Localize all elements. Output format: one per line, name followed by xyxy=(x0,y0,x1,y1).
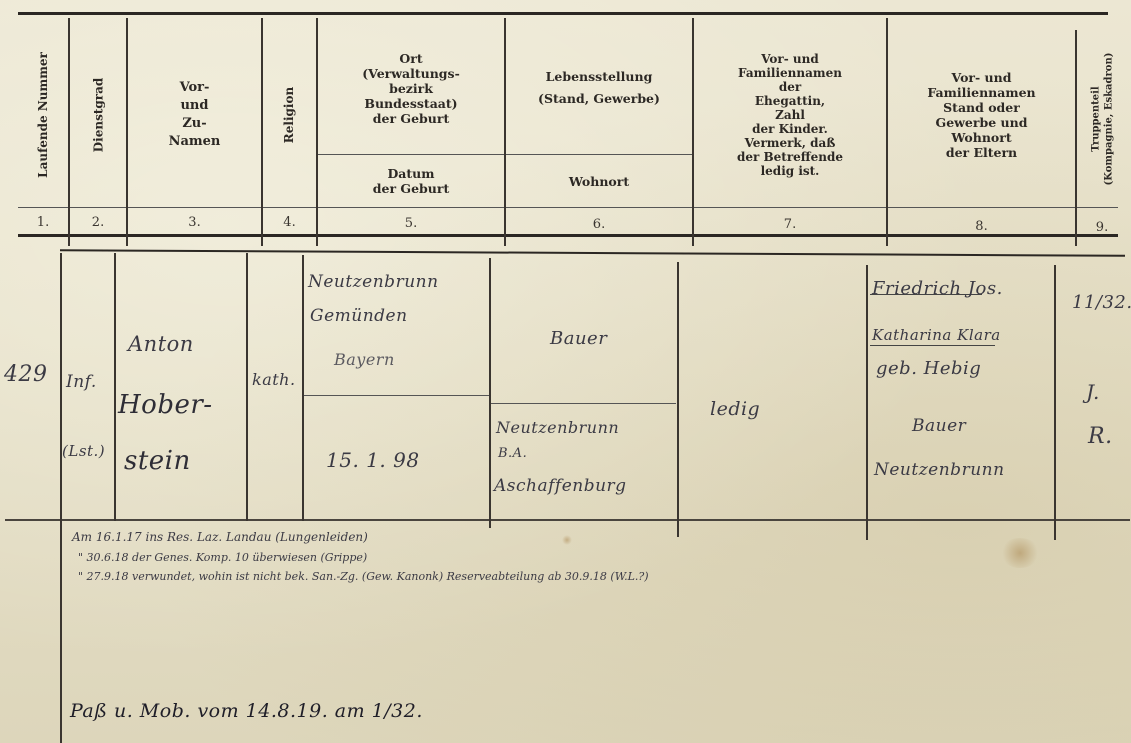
final-remark: Paß u. Mob. vom 14.8.19. am 1/32. xyxy=(70,700,423,722)
header-eltern: Vor- und Familiennamen Stand oder Gewerb… xyxy=(888,22,1075,207)
header-label: Religion xyxy=(283,86,297,142)
row-col-divider xyxy=(114,253,116,521)
col-num-1: 1. xyxy=(18,215,68,230)
header-top-rule xyxy=(18,12,1108,15)
register-page: Laufende Nummer Dienstgrad Vor- und Zu- … xyxy=(0,0,1131,743)
row-bottom-rule xyxy=(5,519,1130,521)
entry-first-name: Anton xyxy=(128,332,194,356)
header-label: Dienstgrad xyxy=(91,77,105,152)
entry-religion: kath. xyxy=(252,370,296,389)
entry-surname-line-1: Hober- xyxy=(118,390,213,420)
row-col-divider xyxy=(60,253,62,743)
col-num-9: 9. xyxy=(1077,220,1127,235)
entry-surname-line-2: stein xyxy=(124,446,191,476)
entry-rank: Inf. xyxy=(66,372,97,392)
entry-residence-town: Neutzenbrunn xyxy=(496,418,619,437)
entry-residence-district: B.A. xyxy=(498,446,527,461)
entry-birth-place-state: Bayern xyxy=(334,350,395,369)
paper-stain xyxy=(562,535,572,545)
row-col-divider xyxy=(1054,265,1056,540)
numbers-top-rule xyxy=(18,207,1118,208)
entry-father-name: Friedrich Jos. xyxy=(872,278,1003,299)
row-col6-subdivider xyxy=(490,403,676,404)
header-bottom-rule xyxy=(18,234,1118,237)
entry-birth-date: 15. 1. 98 xyxy=(326,448,420,472)
entry-birth-place-district: Gemünden xyxy=(310,306,408,326)
header-ehegattin: Vor- und Familiennamen der Ehegattin, Za… xyxy=(694,22,886,207)
col-num-6: 6. xyxy=(506,217,692,232)
row-top-rule xyxy=(60,249,1125,257)
table-header: Laufende Nummer Dienstgrad Vor- und Zu- … xyxy=(18,12,1128,244)
remark-line-1: Am 16.1.17 ins Res. Laz. Landau (Lungenl… xyxy=(72,530,368,544)
header-geburtsdatum: Datum der Geburt xyxy=(318,155,504,207)
row-col5-subdivider xyxy=(302,395,490,396)
remark-line-2: " 30.6.18 der Genes. Komp. 10 überwiesen… xyxy=(78,551,367,564)
entry-mother-name: Katharina Klara xyxy=(872,326,1001,344)
entry-residence-city: Aschaffenburg xyxy=(494,476,627,496)
entry-number: 429 xyxy=(4,362,48,387)
row-col-divider xyxy=(866,265,868,540)
header-dienstgrad: Dienstgrad xyxy=(70,22,126,207)
col-num-5: 5. xyxy=(318,216,504,231)
entry-parents-occupation: Bauer xyxy=(912,416,966,436)
entry-rank-landsturm: (Lst.) xyxy=(62,442,105,460)
header-religion: Religion xyxy=(263,22,316,207)
header-label: Truppenteil (Kompagnie, Eskadron) xyxy=(1089,52,1115,185)
col8-underline xyxy=(870,345,995,346)
col-num-4: 4. xyxy=(263,215,316,230)
row-col-divider xyxy=(302,255,304,521)
header-lebensstellung: Lebensstellung (Stand, Gewerbe) xyxy=(506,22,692,154)
entry-unit-branch: J. xyxy=(1086,380,1100,404)
header-truppenteil: Truppenteil (Kompagnie, Eskadron) xyxy=(1077,30,1127,207)
col-num-8: 8. xyxy=(888,219,1075,234)
row-col-divider xyxy=(246,253,248,521)
entry-parents-residence: Neutzenbrunn xyxy=(874,460,1005,480)
entry-marital-status: ledig xyxy=(710,398,760,420)
col-num-2: 2. xyxy=(70,215,126,230)
entry-birth-place-town: Neutzenbrunn xyxy=(308,272,439,292)
remark-line-3: " 27.9.18 verwundet, wohin ist nicht bek… xyxy=(78,570,649,583)
row-col-divider xyxy=(489,258,491,528)
entry-unit-regiment: R. xyxy=(1088,424,1113,449)
row-col-divider xyxy=(677,262,679,537)
col-num-7: 7. xyxy=(694,217,886,232)
header-label: Laufende Nummer xyxy=(36,52,50,178)
header-wohnort: Wohnort xyxy=(506,155,692,207)
header-laufende-nummer: Laufende Nummer xyxy=(18,22,68,207)
col-num-3: 3. xyxy=(128,215,261,230)
entry-unit-company: 11/32. xyxy=(1072,292,1131,313)
entry-occupation: Bauer xyxy=(550,328,607,349)
header-geburtsort: Ort (Verwaltungs- bezirk Bundesstaat) de… xyxy=(318,22,504,154)
entry-mother-maiden-name: geb. Hebig xyxy=(876,358,981,379)
header-vor-und-zunamen: Vor- und Zu- Namen xyxy=(128,22,261,207)
paper-stain xyxy=(1000,538,1040,568)
